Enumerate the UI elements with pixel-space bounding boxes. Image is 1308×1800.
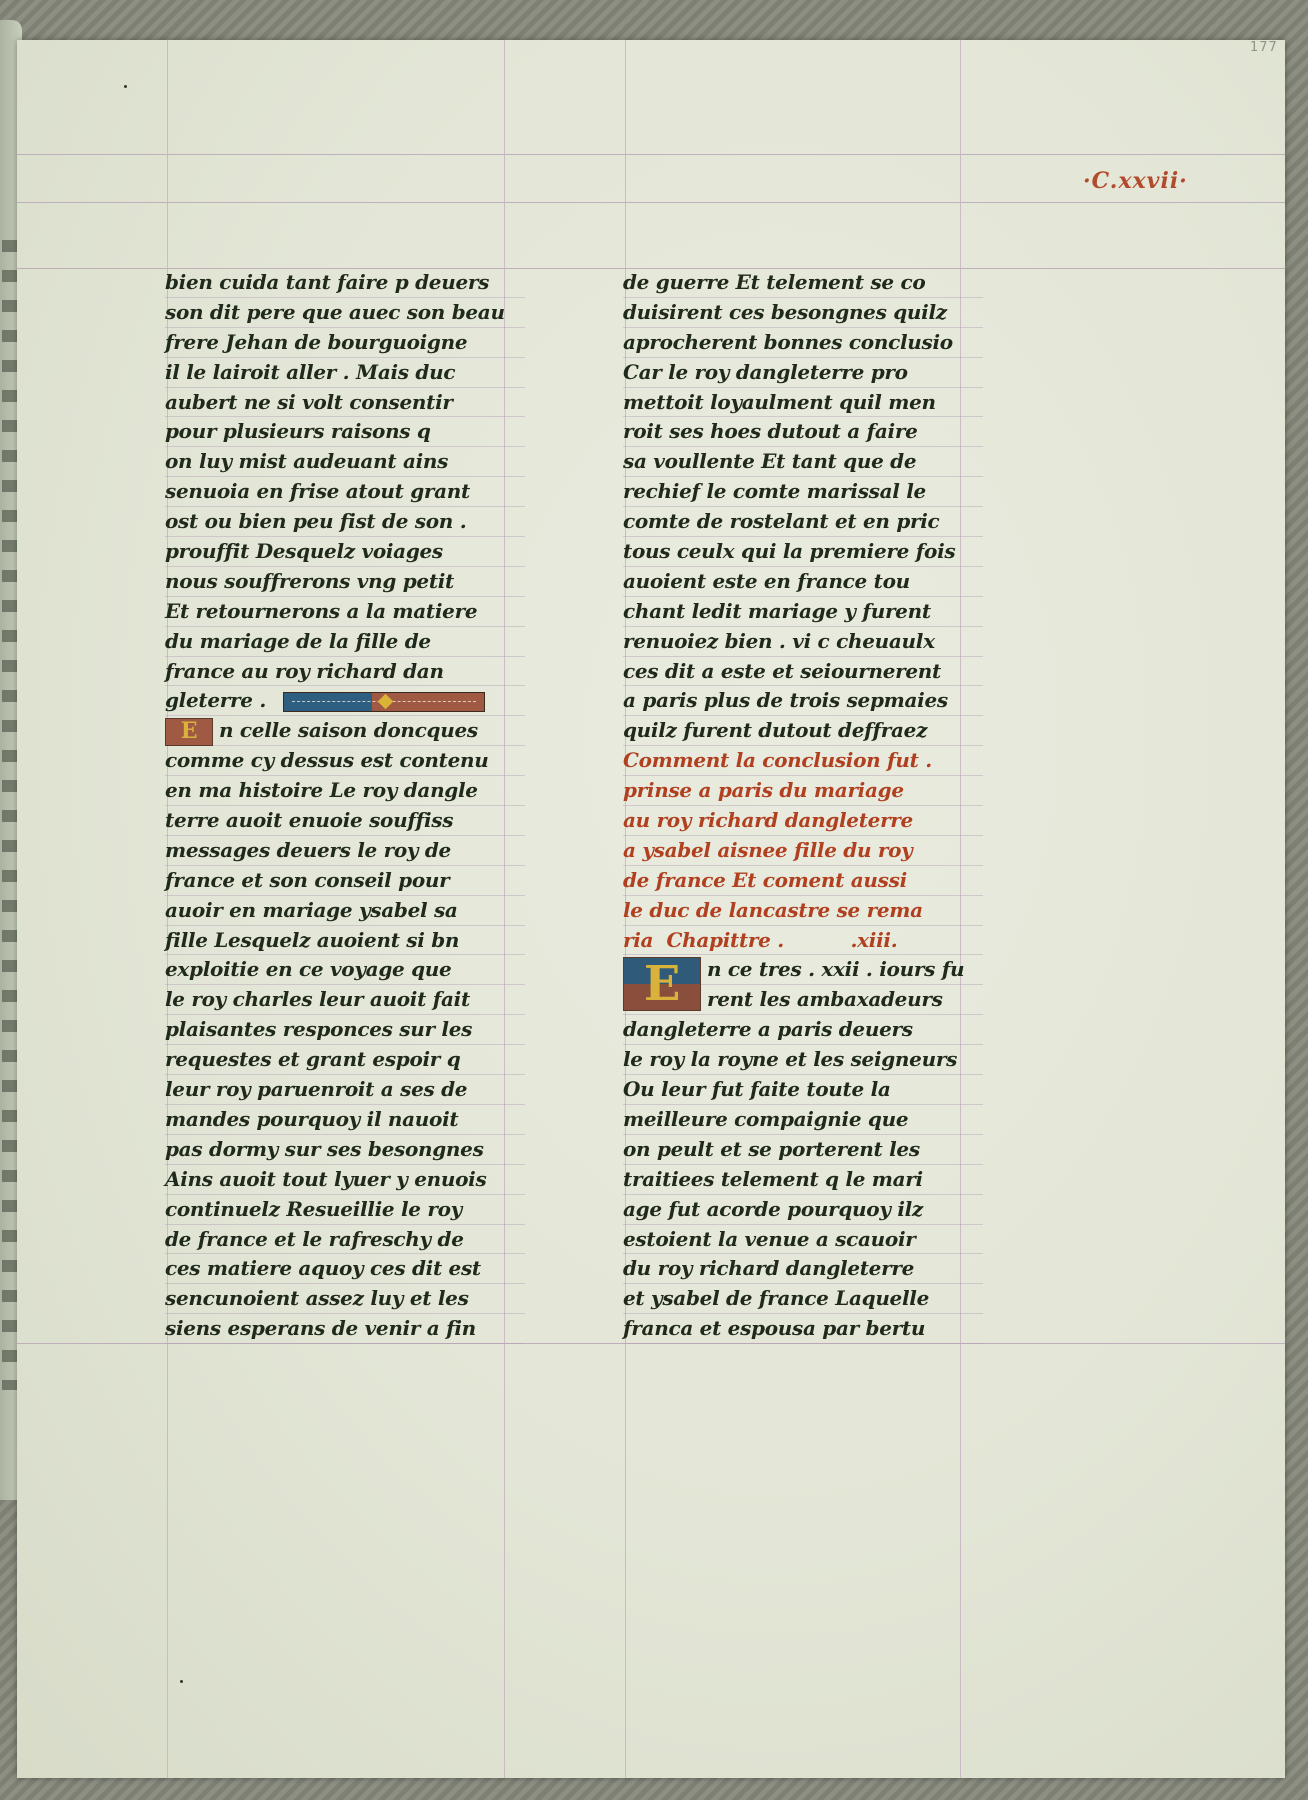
text-line: auoir en mariage ysabel sa <box>165 896 525 926</box>
text-line: Car le roy dangleterre pro <box>623 358 983 388</box>
text-line: quilz furent dutout deffraez <box>623 716 983 746</box>
text-line: mettoit loyaulment quil men <box>623 388 983 418</box>
text-line: il le lairoit aller . Mais duc <box>165 358 525 388</box>
text-line: terre auoit enuoie souffiss <box>165 806 525 836</box>
text-line: comte de rostelant et en pric <box>623 507 983 537</box>
text-line: en ma histoire Le roy dangle <box>165 776 525 806</box>
text-line: on luy mist audeuant ains <box>165 447 525 477</box>
text-line: de france et le rafreschy de <box>165 1225 525 1255</box>
ruling-line-top <box>17 154 1285 155</box>
text-line: ces dit a este et seiournerent <box>623 657 983 687</box>
text-line: Ou leur fut faite toute la <box>623 1075 983 1105</box>
text-line: ces matiere aquoy ces dit est <box>165 1254 525 1284</box>
text-line: Et retournerons a la matiere <box>165 597 525 627</box>
ruling-line-header <box>17 202 1285 203</box>
text-line: sa voullente Et tant que de <box>623 447 983 477</box>
text-line: messages deuers le roy de <box>165 836 525 866</box>
text-line: le roy charles leur auoit fait <box>165 985 525 1015</box>
text-fragment: n ce tres . xxii . iours fu <box>707 957 964 981</box>
text-line: son dit pere que auec son beau <box>165 298 525 328</box>
text-line: aubert ne si volt consentir <box>165 388 525 418</box>
text-line: fille Lesquelz auoient si bn <box>165 926 525 956</box>
text-line: franca et espousa par bertu <box>623 1314 983 1344</box>
text-line: bien cuida tant faire p deuers <box>165 268 525 298</box>
text-line: exploitie en ce voyage que <box>165 955 525 985</box>
text-line: comme cy dessus est contenu <box>165 746 525 776</box>
text-line: estoient la venue a scauoir <box>623 1225 983 1255</box>
rubric-line: Comment la conclusion fut . <box>623 746 983 776</box>
text-line: du mariage de la fille de <box>165 627 525 657</box>
text-line-with-large-initial: E n ce tres . xxii . iours fu <box>623 955 983 985</box>
text-line: le roy la royne et les seigneurs <box>623 1045 983 1075</box>
text-line: nous souffrerons vng petit <box>165 567 525 597</box>
text-line: pas dormy sur ses besongnes <box>165 1135 525 1165</box>
text-line: siens esperans de venir a fin <box>165 1314 525 1344</box>
text-line: continuelz Resueillie le roy <box>165 1195 525 1225</box>
text-line: roit ses hoes dutout a faire <box>623 417 983 447</box>
rubric-line: de france Et coment aussi <box>623 866 983 896</box>
text-line: ost ou bien peu fist de son . <box>165 507 525 537</box>
gold-diamond-icon <box>377 694 393 710</box>
text-line: prouffit Desquelz voiages <box>165 537 525 567</box>
text-line: frere Jehan de bourguoigne <box>165 328 525 358</box>
text-line: meilleure compaignie que <box>623 1105 983 1135</box>
text-line: mandes pourquoy il nauoit <box>165 1105 525 1135</box>
rubric-chapter-line: ria Chapittre . .xiii. <box>623 926 983 956</box>
text-line: dangleterre a paris deuers <box>623 1015 983 1045</box>
text-line: france et son conseil pour <box>165 866 525 896</box>
text-line: leur roy paruenroit a ses de <box>165 1075 525 1105</box>
text-line: traitiees telement q le mari <box>623 1165 983 1195</box>
text-line: a paris plus de trois sepmaies <box>623 686 983 716</box>
ink-speck <box>180 1680 183 1683</box>
rubric-line: prinse a paris du mariage <box>623 776 983 806</box>
text-line: rent les ambaxadeurs <box>623 985 983 1015</box>
text-line: auoient este en france tou <box>623 567 983 597</box>
text-line: rechief le comte marissal le <box>623 477 983 507</box>
text-line: pour plusieurs raisons q <box>165 417 525 447</box>
text-line: Ains auoit tout lyuer y enuois <box>165 1165 525 1195</box>
manuscript-page: 177 ·C.xxvii· bien cuida tant faire p de… <box>17 40 1285 1778</box>
running-header: ·C.xxvii· <box>1083 168 1188 194</box>
text-line: age fut acorde pourquoy ilz <box>623 1195 983 1225</box>
rubric-line: le duc de lancastre se rema <box>623 896 983 926</box>
text-line: plaisantes responces sur les <box>165 1015 525 1045</box>
text-column-left: bien cuida tant faire p deuers son dit p… <box>165 268 525 1344</box>
text-line: senuoia en frise atout grant <box>165 477 525 507</box>
text-line: et ysabel de france Laquelle <box>623 1284 983 1314</box>
text-line-with-initial: En celle saison doncques <box>165 716 525 746</box>
text-line: requestes et grant espoir q <box>165 1045 525 1075</box>
text-line: du roy richard dangleterre <box>623 1254 983 1284</box>
text-line: aprocherent bonnes conclusio <box>623 328 983 358</box>
text-line: duisirent ces besongnes quilz <box>623 298 983 328</box>
text-line: france au roy richard dan <box>165 657 525 687</box>
text-line-with-filler: gleterre . <box>165 686 525 716</box>
rubric-line: au roy richard dangleterre <box>623 806 983 836</box>
text-line: on peult et se porterent les <box>623 1135 983 1165</box>
folio-number: 177 <box>1250 40 1278 55</box>
text-line: renuoiez bien . vi c cheuaulx <box>623 627 983 657</box>
rubric-line: a ysabel aisnee fille du roy <box>623 836 983 866</box>
text-line: de guerre Et telement se co <box>623 268 983 298</box>
text-fragment: gleterre . <box>165 688 266 712</box>
text-line: tous ceulx qui la premiere fois <box>623 537 983 567</box>
text-column-right: de guerre Et telement se co duisirent ce… <box>623 268 983 1344</box>
text-line: sencunoient assez luy et les <box>165 1284 525 1314</box>
text-line: chant ledit mariage y furent <box>623 597 983 627</box>
line-filler-ornament <box>283 692 485 712</box>
text-fragment: n celle saison doncques <box>219 718 478 742</box>
ink-speck <box>124 85 127 88</box>
illuminated-initial: E <box>165 718 213 746</box>
